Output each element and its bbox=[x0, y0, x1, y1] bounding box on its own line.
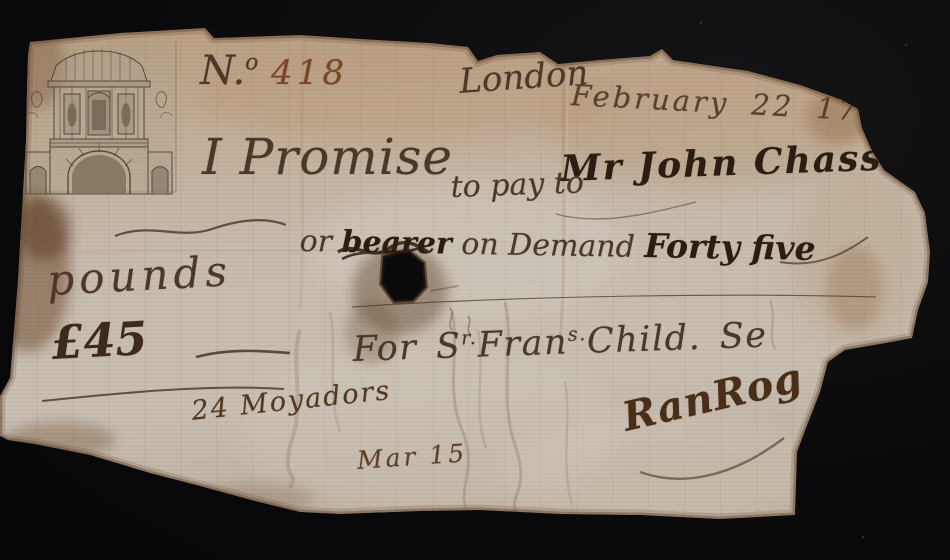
bearer-word: bearer bbox=[341, 225, 452, 262]
banknote: N.o 418 London February 22 17 I Promise … bbox=[0, 0, 950, 560]
for-superscript-s: s. bbox=[567, 322, 587, 346]
pounds-word: pounds bbox=[46, 246, 233, 305]
dust-speck bbox=[905, 44, 907, 46]
or-word: or bbox=[299, 224, 332, 260]
amount-in-words: Forty five bbox=[644, 226, 816, 268]
photo-background: N.o 418 London February 22 17 I Promise … bbox=[0, 0, 950, 560]
dust-speck bbox=[862, 536, 864, 538]
note-number-superscript: o bbox=[245, 51, 258, 76]
note-number-prefix: N. bbox=[200, 48, 245, 94]
dust-speck bbox=[700, 22, 702, 24]
note-number-value: 418 bbox=[271, 53, 348, 93]
note-number: N.o 418 bbox=[200, 48, 348, 94]
for-phrase: For S bbox=[352, 326, 462, 370]
on-demand-text: on Demand bbox=[461, 227, 635, 265]
for-superscript-r: r. bbox=[461, 326, 478, 350]
for-name-child: Child. Se bbox=[586, 316, 768, 362]
promise-text: I Promise bbox=[202, 128, 453, 186]
for-name-fran: Fran bbox=[477, 322, 569, 365]
amount-figures: £45 bbox=[50, 311, 149, 370]
temple-bar-vignette-icon bbox=[22, 42, 176, 194]
